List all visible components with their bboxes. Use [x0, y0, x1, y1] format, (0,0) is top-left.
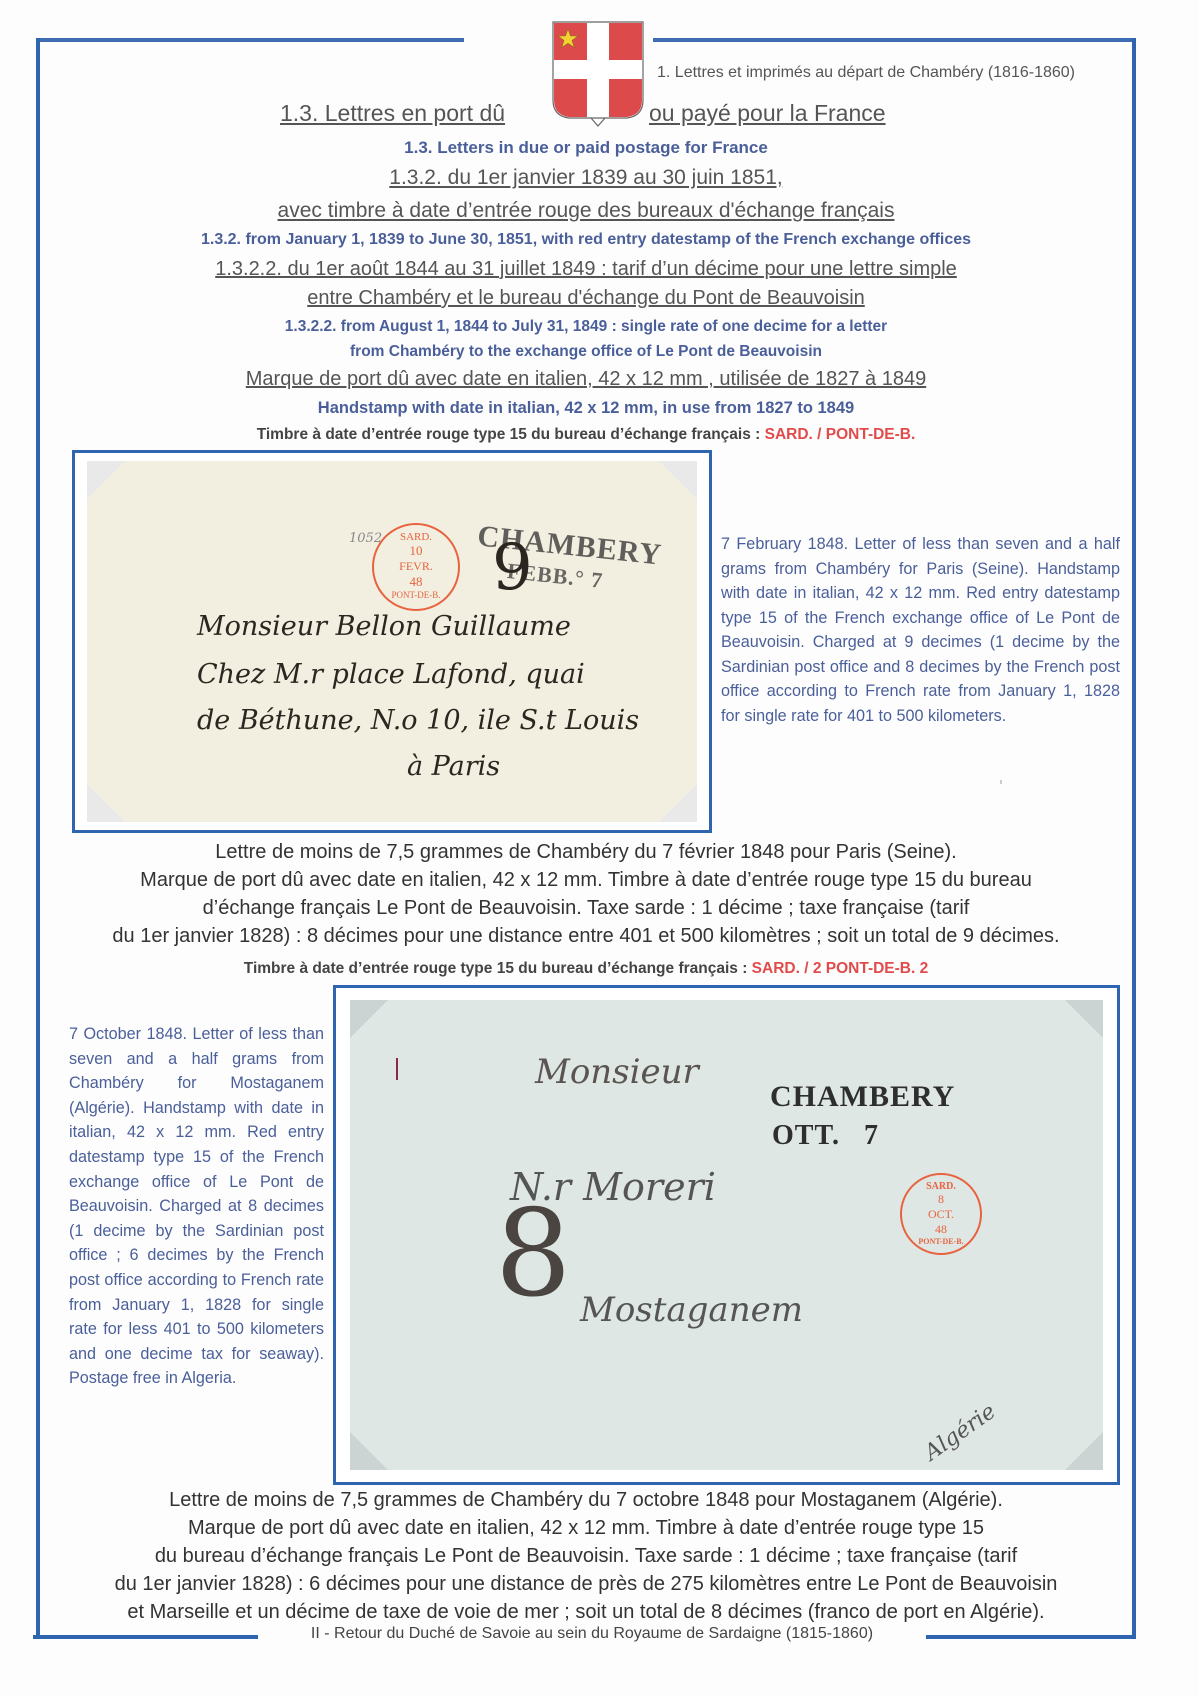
caption-line: Marque de port dû avec date en italien, …	[40, 1514, 1132, 1542]
caption-line: du 1er janvier 1828) : 6 décimes pour un…	[40, 1570, 1132, 1598]
datestamp-top: SARD.	[374, 531, 458, 543]
cover-paper: 1052 CHAMBERY FEBB.° 7 SARD. 10 FEVR. 48…	[87, 461, 697, 822]
datestamp-label-2: Timbre à date d’entrée rouge type 15 du …	[40, 960, 1132, 978]
red-ink-mark	[396, 1058, 398, 1080]
subsection-title-en: 1.3.2. from January 1, 1839 to June 30, …	[40, 231, 1132, 249]
caption-line: d’échange français Le Pont de Beauvoisin…	[40, 894, 1132, 922]
caption-line: du bureau d’échange français Le Pont de …	[40, 1542, 1132, 1570]
address-line-4: à Paris	[407, 751, 500, 782]
title-english: 1.3. Letters in due or paid postage for …	[40, 138, 1132, 158]
page-frame-top-left	[37, 38, 464, 42]
address-line-1: Monsieur Bellon Guillaume	[197, 611, 571, 642]
datestamp-day: 10	[374, 543, 458, 559]
address-line-3: de Béthune, N.o 10, ile S.t Louis	[197, 705, 639, 736]
cover-caption-fr-1: Lettre de moins de 7,5 grammes de Chambé…	[40, 838, 1132, 950]
cover-image-mostaganem: Monsieur CHAMBERY OTT. 7 SARD. 8 OCT. 48…	[333, 985, 1120, 1485]
handstamp-title-fr: Marque de port dû avec date en italien, …	[40, 368, 1132, 391]
datestamp-bottom: PONT-DE-B.	[902, 1237, 980, 1246]
section-tag: 1. Lettres et imprimés au départ de Cham…	[657, 64, 1075, 82]
red-entry-datestamp: SARD. 10 FEVR. 48 PONT-DE-B.	[372, 523, 460, 611]
datestamp-top: SARD.	[902, 1181, 980, 1192]
page-frame-bottom-right	[926, 1635, 1136, 1639]
caption-line: et Marseille et un décime de taxe de voi…	[40, 1598, 1132, 1626]
caption-line: Lettre de moins de 7,5 grammes de Chambé…	[40, 838, 1132, 866]
datestamp-year: 48	[374, 574, 458, 590]
photo-corner	[659, 461, 697, 499]
datestamp-year: 48	[902, 1222, 980, 1237]
chambery-handstamp-date: OTT. 7	[772, 1120, 879, 1152]
datestamp-label-red: SARD. / 2 PONT-DE-B. 2	[752, 960, 929, 977]
address-line-4: Algérie	[920, 1399, 1000, 1466]
caption-line: du 1er janvier 1828) : 8 décimes pour un…	[40, 922, 1132, 950]
cover-description-en-1: 7 February 1848. Letter of less than sev…	[721, 532, 1120, 728]
datestamp-day: 8	[902, 1192, 980, 1207]
cover-description-en-2: 7 October 1848. Letter of less than seve…	[69, 1022, 324, 1391]
address-line-1: Monsieur	[535, 1052, 699, 1092]
scan-mark	[1000, 780, 1002, 784]
photo-corner	[1065, 1432, 1103, 1470]
sub-subsection-title-en-line1: 1.3.2.2. from August 1, 1844 to July 31,…	[40, 318, 1132, 336]
page-footer: II - Retour du Duché de Savoie au sein d…	[258, 1625, 926, 1643]
page-title-right: ou payé pour la France	[649, 100, 886, 127]
sub-subsection-title-fr-line2: entre Chambéry et le bureau d'échange du…	[40, 287, 1132, 310]
datestamp-label-text: Timbre à date d’entrée rouge type 15 du …	[257, 426, 765, 443]
tax-mark: 9	[492, 531, 533, 605]
chambery-handstamp: CHAMBERY	[770, 1080, 955, 1114]
page-frame-right	[1132, 38, 1136, 1637]
sub-subsection-title-fr-line1: 1.3.2.2. du 1er août 1844 au 31 juillet …	[40, 258, 1132, 281]
address-line-3: Mostaganem	[580, 1290, 803, 1330]
datestamp-label-red: SARD. / PONT-DE-B.	[765, 426, 916, 443]
handstamp-title-en: Handstamp with date in italian, 42 x 12 …	[40, 399, 1132, 418]
sub-subsection-title-en-line2: from Chambéry to the exchange office of …	[40, 343, 1132, 361]
datestamp-month: FEVR.	[374, 559, 458, 574]
tax-mark: 8	[495, 1185, 571, 1324]
cover-caption-fr-2: Lettre de moins de 7,5 grammes de Chambé…	[40, 1486, 1132, 1626]
caption-line: Lettre de moins de 7,5 grammes de Chambé…	[40, 1486, 1132, 1514]
photo-corner	[87, 461, 125, 499]
photo-corner	[350, 1432, 388, 1470]
datestamp-label-1: Timbre à date d’entrée rouge type 15 du …	[40, 426, 1132, 444]
subsection-title-fr-line2: avec timbre à date d’entrée rouge des bu…	[40, 199, 1132, 223]
caption-line: Marque de port dû avec date en italien, …	[40, 866, 1132, 894]
photo-corner	[350, 1000, 388, 1038]
page-frame-top-right	[653, 38, 1136, 42]
datestamp-label-text: Timbre à date d’entrée rouge type 15 du …	[244, 960, 752, 977]
photo-corner	[87, 784, 125, 822]
photo-corner	[659, 784, 697, 822]
datestamp-month: OCT.	[902, 1207, 980, 1222]
photo-corner	[1065, 1000, 1103, 1038]
red-entry-datestamp: SARD. 8 OCT. 48 PONT-DE-B.	[900, 1173, 982, 1255]
address-line-2: Chez M.r place Lafond, quai	[197, 659, 585, 690]
cover-image-paris: 1052 CHAMBERY FEBB.° 7 SARD. 10 FEVR. 48…	[72, 450, 712, 833]
cover-paper: Monsieur CHAMBERY OTT. 7 SARD. 8 OCT. 48…	[350, 1000, 1103, 1470]
page-frame-bottom-left	[33, 1635, 258, 1639]
page-title-left: 1.3. Lettres en port dû	[280, 100, 505, 127]
savoy-cross-crest-icon	[551, 20, 645, 132]
subsection-title-fr-line1: 1.3.2. du 1er janvier 1839 au 30 juin 18…	[40, 166, 1132, 190]
datestamp-bottom: PONT-DE-B.	[374, 590, 458, 600]
